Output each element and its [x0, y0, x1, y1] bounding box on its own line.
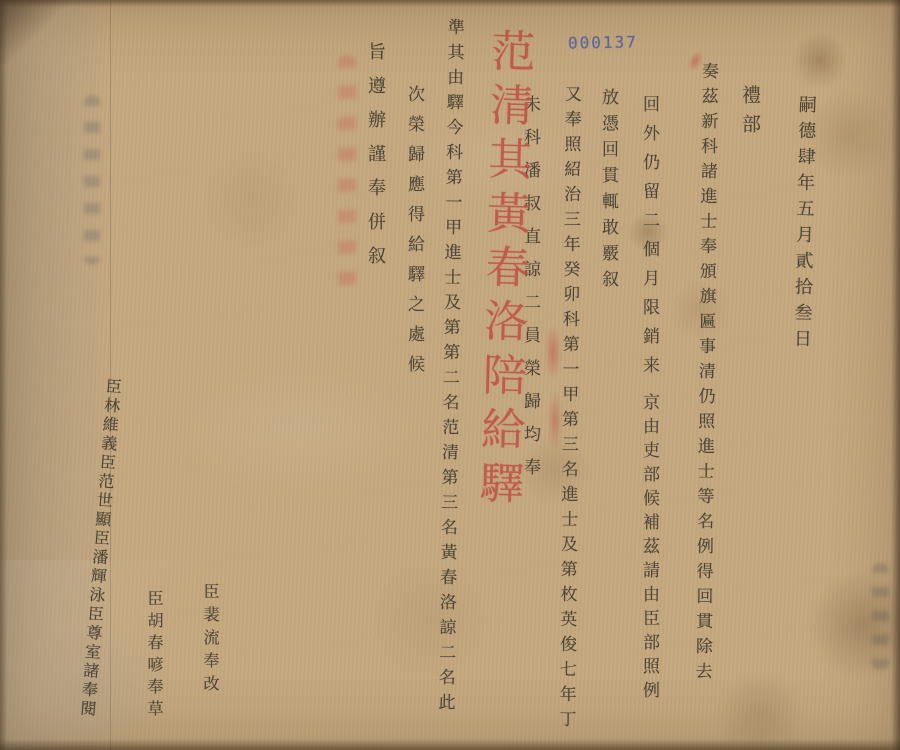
memorial-line-2a: 回外仍留二個月限銷来: [640, 95, 657, 385]
vermillion-rescript: 范清其黃春洛陪給驛: [474, 27, 531, 514]
ministry-of-rites-label: 禮部: [740, 85, 759, 143]
memorial-line-3: 放憑回貫輒敢覈叙: [599, 88, 616, 296]
edge-shadow-bottom: [0, 739, 900, 750]
signature-drafter-column: 臣胡春喭奉草: [146, 590, 162, 722]
edge-shadow-left: [0, 0, 7, 750]
signature-reviewers-column: 臣林維義臣范世顯臣潘輝泳臣尊室諸奉閱: [78, 377, 121, 719]
red-bleedthrough-marks: [338, 55, 356, 300]
memorial-line-4: 又奉照紹治三年癸卯科第一甲第三名進士及第枚英俊七年丁: [556, 85, 579, 735]
right-bleedthrough-marks: [872, 563, 889, 671]
edge-shadow-right: [891, 0, 900, 750]
left-bleedthrough-marks: [84, 95, 100, 265]
memorial-line-7: 次榮歸應得給驛之處候: [405, 85, 422, 385]
manuscript-page: 000137 嗣德肆年五月貳拾叁日 禮部 奏茲新科諸進士奉頒旗匾事清仍照進士等名…: [0, 0, 900, 750]
memorial-line-1: 奏茲新科諸進士奉頒旗匾事清仍照進士等名例得回貫除去: [692, 62, 716, 687]
edge-shadow-top: [0, 0, 900, 7]
memorial-line-8: 旨遵辦謹奉併叙: [366, 42, 384, 280]
archive-number-stamp: 000137: [568, 32, 638, 52]
fold-highlight: [0, 560, 260, 750]
memorial-line-6: 準其由驛今科第一甲進士及第第二名范清第三名黃春洛諒二名此: [435, 18, 462, 718]
memorial-line-2b: 京由吏部候補茲請由臣部照例: [640, 393, 657, 705]
corner-shadow-top-left: [0, 0, 70, 64]
signature-reviser-column: 臣裴流奉改: [202, 583, 218, 698]
date-column: 嗣德肆年五月貳拾叁日: [792, 95, 815, 355]
